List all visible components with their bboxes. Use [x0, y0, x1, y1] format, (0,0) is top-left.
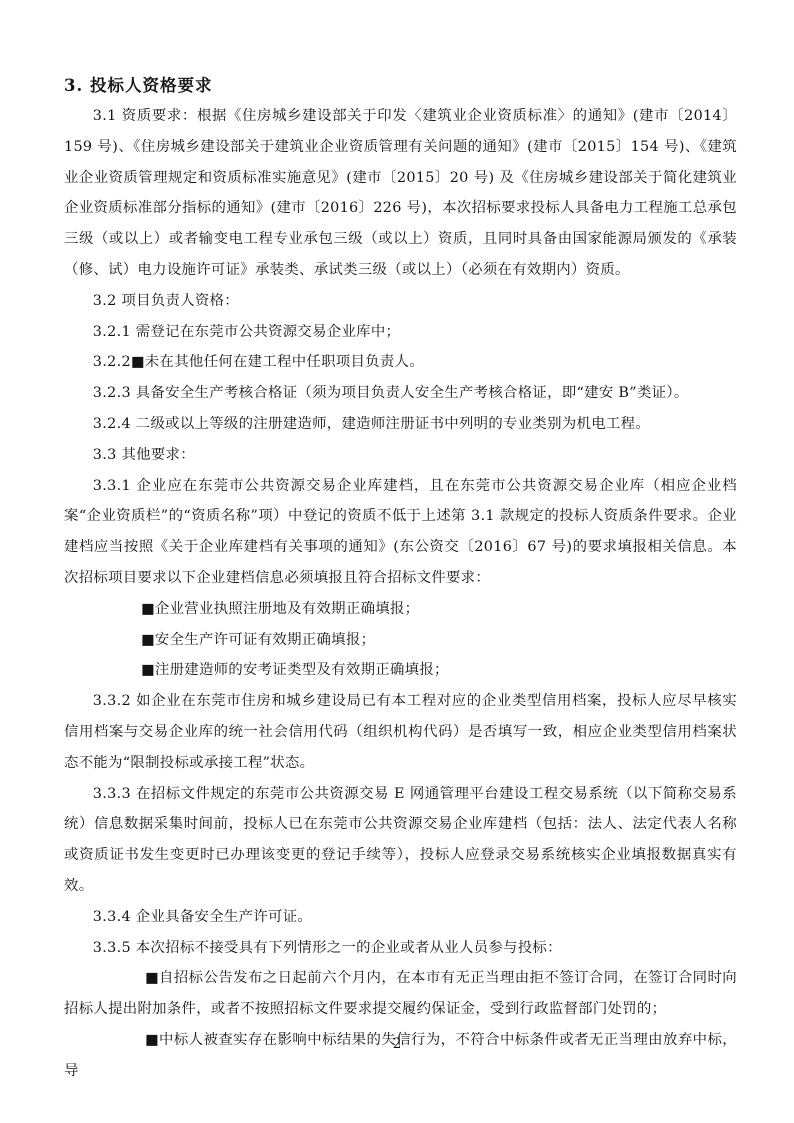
para-3-2-2: 3.2.2■未在其他任何在建工程中任职项目负责人。 [64, 347, 737, 378]
document-page: 3. 投标人资格要求 3.1 资质要求：根据《住房城乡建设部关于印发〈建筑业企业… [0, 0, 794, 1123]
para-3-3-5: 3.3.5 本次招标不接受具有下列情形之一的企业或者从业人员参与投标： [64, 933, 737, 964]
para-3-1: 3.1 资质要求：根据《住房城乡建设部关于印发〈建筑业企业资质标准〉的通知》(建… [64, 101, 737, 286]
bullet-item-refuse-contract: ■自招标公告发布之日起前六个月内，在本市有无正当理由拒不签订合同，在签订合同时向… [64, 963, 737, 1025]
section-heading: 3. 投标人资格要求 [64, 70, 737, 101]
para-3-3-4: 3.3.4 企业具备安全生产许可证。 [64, 902, 737, 933]
para-3-3: 3.3 其他要求： [64, 440, 737, 471]
bullet-item-license: ■企业营业执照注册地及有效期正确填报； [64, 594, 737, 625]
para-3-2: 3.2 项目负责人资格： [64, 286, 737, 317]
para-3-2-4: 3.2.4 二级或以上等级的注册建造师，建造师注册证书中列明的专业类别为机电工程… [64, 409, 737, 440]
para-3-3-3: 3.3.3 在招标文件规定的东莞市公共资源交易 E 网通管理平台建设工程交易系统… [64, 779, 737, 902]
para-3-3-2: 3.3.2 如企业在东莞市住房和城乡建设局已有本工程对应的企业类型信用档案，投标… [64, 686, 737, 778]
bullet-item-safety: ■安全生产许可证有效期正确填报； [64, 625, 737, 656]
para-3-3-1: 3.3.1 企业应在东莞市公共资源交易企业库建档，且在东莞市公共资源交易企业库（… [64, 471, 737, 594]
para-3-2-1: 3.2.1 需登记在东莞市公共资源交易企业库中； [64, 317, 737, 348]
para-3-2-3: 3.2.3 具备安全生产考核合格证（须为项目负责人安全生产考核合格证，即“建安 … [64, 378, 737, 409]
page-number: 2 [0, 1034, 794, 1054]
bullet-item-builder: ■注册建造师的安考证类型及有效期正确填报； [64, 655, 737, 686]
